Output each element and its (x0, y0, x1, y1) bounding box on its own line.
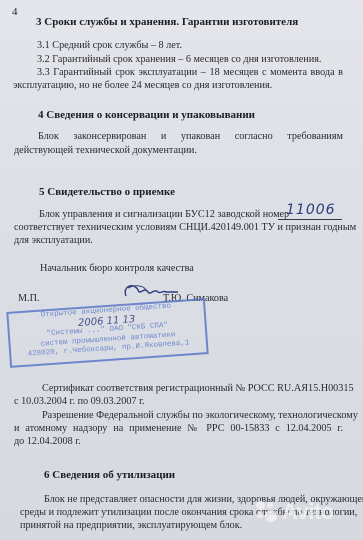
certificate-line-2: с 10.03.2004 г. по 09.03.2007 г. (14, 395, 145, 408)
permit-line-1: Разрешение Федеральной службы по экологи… (42, 409, 343, 422)
mp-label: М.П. (18, 292, 40, 305)
page-number: 4 (12, 6, 18, 18)
section-3-item-2: 3.2 Гарантийный срок хранения – 6 месяце… (37, 53, 321, 66)
serial-number-underline (278, 219, 342, 220)
serial-number-handwritten: 11006 (286, 202, 336, 218)
section-3-item-1: 3.1 Средний срок службы – 8 лет. (37, 39, 182, 52)
section-5-title: 5 Свидетельство о приемке (39, 186, 175, 198)
document-page: 4 3 Сроки службы и хранения. Гарантии из… (0, 0, 363, 540)
section-5-line-2: соответствует техническим условиям СНЦИ.… (14, 221, 343, 234)
avito-text: Avito (282, 499, 334, 525)
section-4-title: 4 Сведения о консервации и упаковывании (38, 109, 255, 121)
permit-line-3: до 12.04.2008 г. (14, 435, 81, 448)
section-3-item-3: 3.3 Гарантийный срок эксплуатации – 18 м… (37, 66, 343, 79)
section-6-title: 6 Сведения об утилизации (44, 469, 175, 481)
avito-logo-icon (256, 501, 278, 523)
qc-position: Начальник бюро контроля качества (40, 262, 194, 275)
section-5-line-1: Блок управления и сигнализации БУС12 зав… (39, 208, 289, 221)
company-stamp: Открытое акционерное общество 2006 11 13… (6, 298, 208, 368)
section-5-line-3: для эксплуатации. (14, 234, 93, 247)
avito-watermark: Avito (256, 499, 334, 525)
permit-line-2: и атомному надзору на применение № РРС 0… (14, 422, 343, 435)
section-3-item-3-cont: эксплуатацию, но не более 24 месяцев со … (13, 79, 272, 92)
section-3-title: 3 Сроки службы и хранения. Гарантии изго… (36, 16, 298, 28)
section-6-line-3: принятой на предприятии, эксплуатирующем… (20, 519, 242, 532)
section-4-line-2: действующей технической документации. (14, 144, 197, 157)
certificate-line-1: Сертификат соответствия регистрационный … (42, 382, 343, 395)
section-4-line-1: Блок законсервирован и упакован согласно… (38, 130, 343, 143)
